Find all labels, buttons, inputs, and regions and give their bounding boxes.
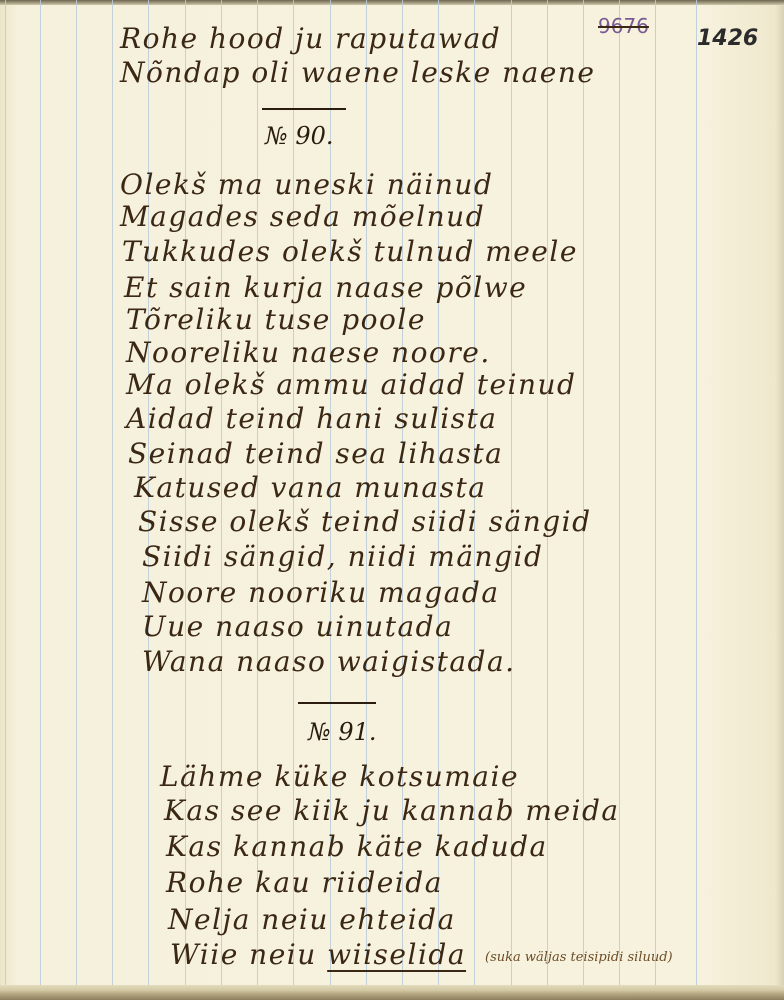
poem-line: Tukkudes olekš tulnud meele	[122, 235, 578, 268]
margin-note: (suka wäljas teisipidi siluud)	[485, 950, 673, 965]
poem-line: Olekš ma uneski näinud	[120, 168, 493, 201]
poem-line: Rohe kau riideida	[166, 866, 443, 899]
poem-line: Noore nooriku magada	[142, 576, 500, 609]
underlined-word: wiiselida	[327, 938, 466, 971]
poem-line: Seinad teind sea lihasta	[128, 437, 503, 470]
continuation-line: Rohe hood ju raputawad	[120, 22, 501, 55]
archive-number-struck: 9676	[598, 14, 649, 38]
poem-line: Magades seda mõelnud	[120, 200, 485, 233]
rule-line	[583, 0, 584, 985]
poem-number-91: № 91.	[308, 718, 377, 746]
section-divider	[298, 702, 376, 704]
continuation-line: Nõndap oli waene leske naene	[120, 56, 595, 89]
rule-line	[655, 0, 656, 985]
poem-line: Nelja neiu ehteida	[168, 903, 456, 936]
poem-line: Ma olekš ammu aidad teinud	[126, 368, 576, 401]
poem-line: Aidad teind hani sulista	[126, 402, 498, 435]
poem-line: Katused vana munasta	[134, 471, 486, 504]
poem-line: Wana naaso waigistada.	[142, 645, 516, 678]
poem-number-90: № 90.	[265, 122, 334, 150]
rule-line	[5, 0, 6, 985]
manuscript-page: 9676 1426 Rohe hood ju raputawad Nõndap …	[0, 0, 784, 1000]
poem-line: Kas see kiik ju kannab meida	[164, 794, 620, 827]
rule-line	[76, 0, 77, 985]
section-divider	[262, 108, 346, 110]
rule-line	[619, 0, 620, 985]
poem-line: Et sain kurja naase põlwe	[124, 271, 527, 304]
poem-line: Uue naaso uinutada	[142, 610, 453, 643]
page-bottom-edge	[0, 985, 784, 1000]
rule-line	[696, 0, 697, 985]
poem-line: Kas kannab käte kaduda	[166, 830, 548, 863]
poem-line: Sisse olekš teind siidi sängid	[138, 505, 592, 538]
poem-line-prefix: Wiie neiu	[170, 938, 327, 971]
poem-line: Lähme küke kotsumaie	[160, 760, 519, 793]
poem-line: Nooreliku naese noore.	[126, 336, 491, 369]
rule-line	[112, 0, 113, 985]
rule-line	[40, 0, 41, 985]
poem-line: Siidi sängid, niidi mängid	[142, 540, 543, 573]
page-number: 1426	[697, 26, 758, 51]
poem-line: Tõreliku tuse poole	[126, 303, 426, 336]
poem-line: Wiie neiu wiiselida	[170, 938, 466, 971]
